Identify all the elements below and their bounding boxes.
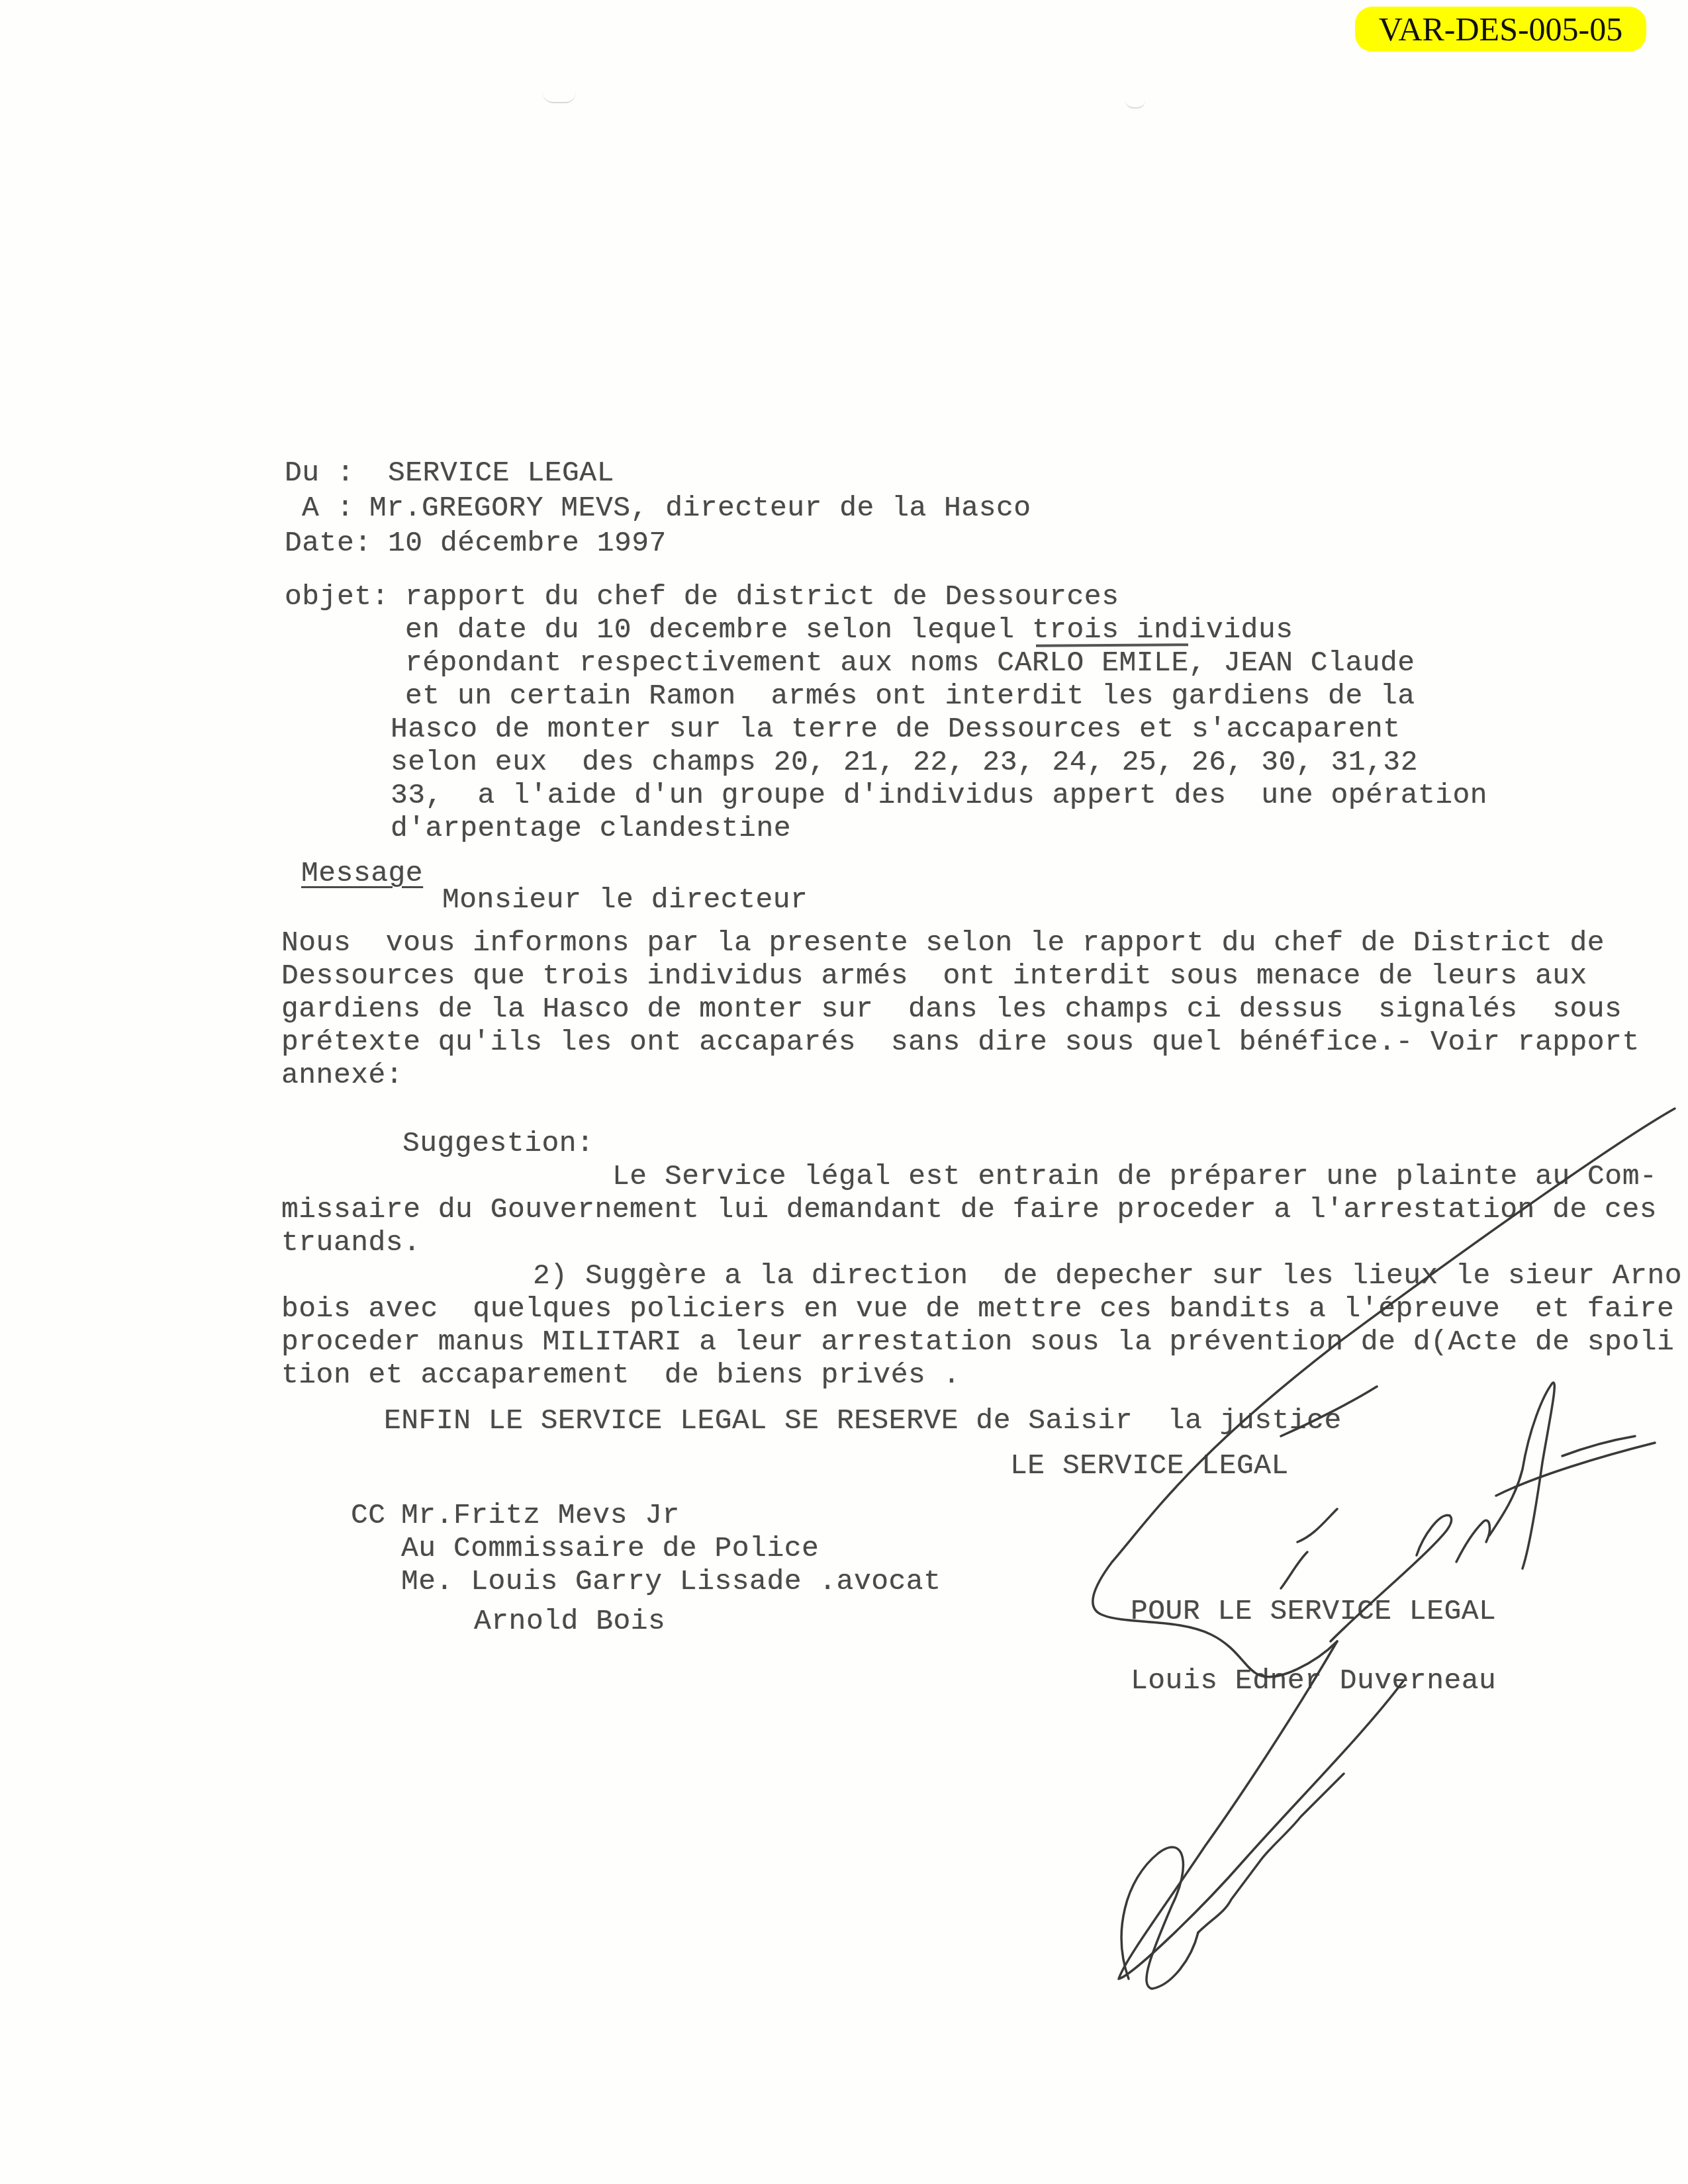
to-value: Mr.GREGORY MEVS, directeur de la Hasco bbox=[369, 492, 1031, 525]
subject-line-text: en date du 10 decembre selon lequel troi… bbox=[405, 614, 1293, 646]
suggestion-line: Le Service légal est entrain de préparer… bbox=[612, 1160, 1657, 1193]
suggestion-line: missaire du Gouvernement lui demandant d… bbox=[281, 1193, 1657, 1226]
subject-line: et un certain Ramon armés ont interdit l… bbox=[405, 680, 1415, 713]
handwritten-signature bbox=[0, 0, 1688, 2184]
cc-recipient: Au Commissaire de Police bbox=[401, 1532, 819, 1565]
message-body-line: gardiens de la Hasco de monter sur dans … bbox=[281, 993, 1622, 1026]
message-body-line: annexé: bbox=[281, 1059, 403, 1092]
cc-label: CC bbox=[351, 1499, 386, 1532]
subject-line: Hasco de monter sur la terre de Dessourc… bbox=[391, 713, 1401, 746]
signatory-name: Louis Edner Duverneau bbox=[1131, 1664, 1496, 1698]
scanned-letter-page: VAR-DES-005-05 Du : SERVICE LEGAL A : Mr… bbox=[0, 0, 1688, 2184]
subject-line: 33, a l'aide d'un groupe d'individus app… bbox=[391, 779, 1487, 812]
signature-on-behalf: POUR LE SERVICE LEGAL bbox=[1131, 1595, 1496, 1628]
subject-line: d'arpentage clandestine bbox=[391, 812, 791, 845]
scan-mark bbox=[543, 93, 576, 103]
closing-statement: ENFIN LE SERVICE LEGAL SE RESERVE de Sai… bbox=[384, 1404, 1342, 1437]
message-body-line: Nous vous informons par la presente selo… bbox=[281, 927, 1605, 960]
suggestion-line: tion et accaparement de biens privés . bbox=[281, 1359, 961, 1392]
salutation: Monsieur le directeur bbox=[442, 884, 808, 917]
to-label: A : bbox=[302, 492, 354, 525]
message-heading: Message bbox=[301, 857, 423, 890]
message-body-line: prétexte qu'ils les ont accaparés sans d… bbox=[281, 1026, 1640, 1059]
from-value: SERVICE LEGAL bbox=[388, 457, 614, 490]
suggestion-line: 2) Suggère a la direction de depecher su… bbox=[533, 1259, 1682, 1293]
suggestion-heading: Suggestion: bbox=[402, 1127, 594, 1160]
message-body-line: Dessources que trois individus armés ont… bbox=[281, 960, 1587, 993]
date-value: 10 décembre 1997 bbox=[388, 527, 667, 560]
suggestion-line: bois avec quelques policiers en vue de m… bbox=[281, 1293, 1674, 1326]
from-label: Du : bbox=[285, 457, 354, 490]
date-label: Date: bbox=[285, 527, 372, 560]
suggestion-line: proceder manus MILITARI a leur arrestati… bbox=[281, 1326, 1674, 1359]
cc-recipient: Arnold Bois bbox=[474, 1605, 665, 1638]
subject-line: en date du 10 decembre selon lequel troi… bbox=[405, 614, 1293, 647]
subject-label: objet: bbox=[285, 580, 389, 614]
reference-tag: VAR-DES-005-05 bbox=[1355, 7, 1646, 52]
scan-mark bbox=[1125, 101, 1145, 109]
subject-line: répondant respectivement aux noms CARLO … bbox=[405, 647, 1415, 680]
subject-line: selon eux des champs 20, 21, 22, 23, 24,… bbox=[391, 746, 1418, 779]
suggestion-line: truands. bbox=[281, 1226, 420, 1259]
signature-department: LE SERVICE LEGAL bbox=[1010, 1449, 1289, 1482]
cc-recipient: Me. Louis Garry Lissade .avocat bbox=[401, 1565, 941, 1598]
subject-line: rapport du chef de district de Dessource… bbox=[405, 580, 1119, 614]
cc-recipient: Mr.Fritz Mevs Jr bbox=[401, 1499, 680, 1532]
